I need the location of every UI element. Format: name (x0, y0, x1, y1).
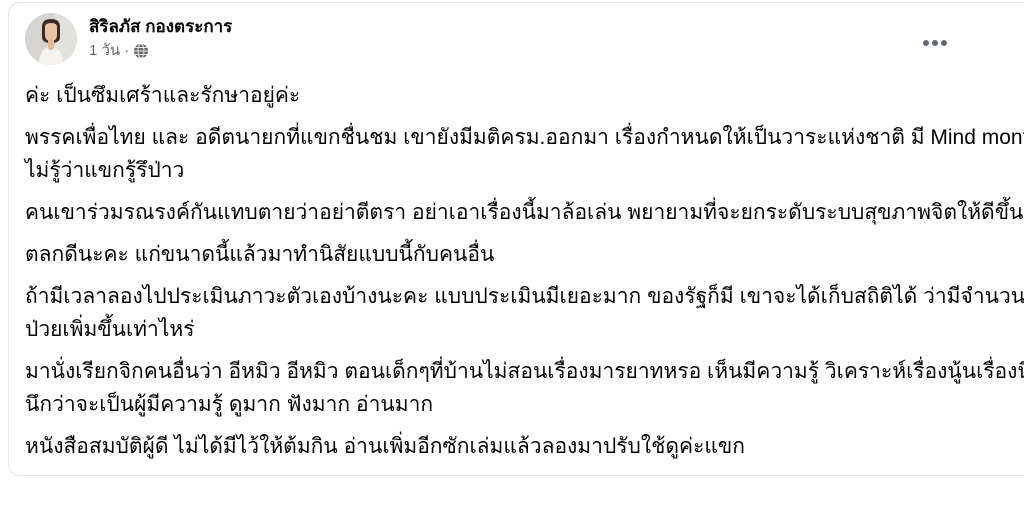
post-paragraph: ค่ะ เป็นซึมเศร้าและรักษาอยู่ค่ะ (25, 79, 1024, 112)
avatar[interactable] (25, 13, 77, 65)
ellipsis-dot (941, 40, 947, 46)
post-paragraph: หนังสือสมบัติผู้ดี ไม่ได้มีไว้ให้ต้มกิน … (25, 430, 1024, 463)
more-options-button[interactable] (917, 25, 953, 61)
globe-icon (133, 43, 149, 59)
post-paragraph: ถ้ามีเวลาลองไปประเมินภาวะตัวเองบ้างนะคะ … (25, 280, 1024, 346)
post-paragraph: คนเขาร่วมรณรงค์กันแทบตายว่าอย่าตีตรา อย่… (25, 196, 1024, 229)
post-paragraph: พรรคเพื่อไทย และ อดีตนายกที่แขกชื่นชม เข… (25, 121, 1024, 187)
post-paragraph: มานั่งเรียกจิกคนอื่นว่า อีหมิว อีหมิว ตอ… (25, 355, 1024, 421)
dot-separator: · (124, 42, 129, 60)
post-meta-line: 1 วัน · (89, 42, 232, 60)
post-header: สิริลภัส กองตระการ 1 วัน · (9, 3, 1024, 65)
post-paragraph: ตลกดีนะคะ แก่ขนาดนี้แล้วมาทำนิสัยแบบนี้ก… (25, 238, 1024, 271)
header-meta: สิริลภัส กองตระการ 1 วัน · (89, 13, 232, 60)
post-card: สิริลภัส กองตระการ 1 วัน · (8, 2, 1024, 476)
post-content: ค่ะ เป็นซึมเศร้าและรักษาอยู่ค่ะ พรรคเพื่… (9, 65, 1024, 463)
avatar-image (25, 13, 77, 65)
author-name[interactable]: สิริลภัส กองตระการ (89, 16, 232, 38)
timestamp[interactable]: 1 วัน (89, 42, 120, 60)
ellipsis-dot (932, 40, 938, 46)
ellipsis-dot (923, 40, 929, 46)
